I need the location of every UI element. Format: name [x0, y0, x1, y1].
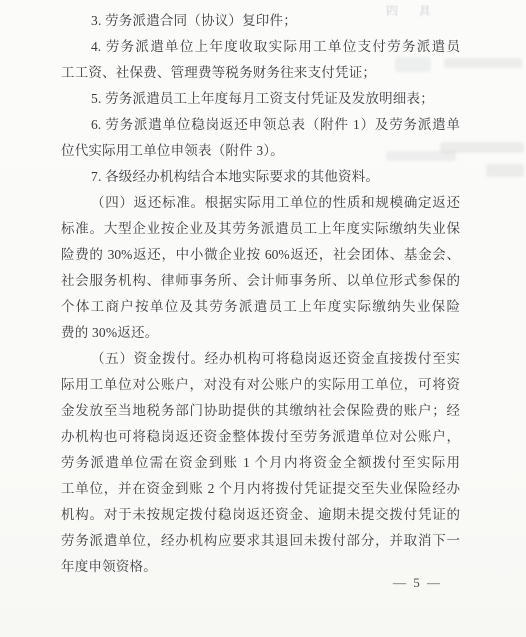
text-line: 位代实际用工单位申领表（附件 3）。: [61, 138, 460, 164]
page-number: — 5 —: [61, 572, 460, 594]
text-line: （五）资金拨付。经办机构可将稳岗返还资金直接拨付至实: [61, 346, 460, 372]
text-line: 5. 劳务派遣员工上年度每月工资支付凭证及发放明细表；: [61, 86, 460, 112]
text-line: 4. 劳务派遣单位上年度收取实际用工单位支付劳务派遣员: [61, 34, 460, 60]
text-line: 办机构也可将稳岗返还资金整体拨付至劳务派遣单位对公账户，: [61, 424, 460, 450]
text-line: 际用工单位对公账户，对没有对公账户的实际用工单位，可将资: [61, 372, 460, 398]
text-line: 机构。对于未按规定拨付稳岗返还资金、逾期未提交拨付凭证的: [61, 502, 460, 528]
text-line: 3. 劳务派遣合同（协议）复印件；: [61, 8, 460, 34]
document-body: 3. 劳务派遣合同（协议）复印件； 4. 劳务派遣单位上年度收取实际用工单位支付…: [61, 8, 460, 580]
document-page: 具 四 3. 劳务派遣合同（协议）复印件； 4. 劳务派遣单位上年度收取实际用工…: [0, 0, 526, 637]
text-line: 标准。大型企业按企业及其劳务派遣员工上年度实际缴纳失业保: [61, 216, 460, 242]
bleedthrough-artifact: [486, 164, 524, 177]
text-line: 6. 劳务派遣单位稳岗返还申领总表（附件 1）及劳务派遣单: [61, 112, 460, 138]
text-line: 工单位，并在资金到账 2 个月内将拨付凭证提交至失业保险经办: [61, 476, 460, 502]
text-line: 工工资、社保费、管理费等税务财务往来支付凭证；: [61, 60, 460, 86]
text-line: 劳务派遣单位需在资金到账 1 个月内将资金全额拨付至实际用: [61, 450, 460, 476]
text-line: 7. 各级经办机构结合本地实际要求的其他资料。: [61, 164, 460, 190]
text-line: 金发放至当地税务部门协助提供的其缴纳社会保险费的账户；经: [61, 398, 460, 424]
text-line: 费的 30%返还。: [61, 320, 460, 346]
text-line: 社会服务机构、律师事务所、会计师事务所、以单位形式参保的: [61, 268, 460, 294]
text-line: 个体工商户按单位及其劳务派遣员工上年度实际缴纳失业保险: [61, 294, 460, 320]
text-line: （四）返还标准。根据实际用工单位的性质和规模确定返还: [61, 190, 460, 216]
text-line: 险费的 30%返还，中小微企业按 60%返还，社会团体、基金会、: [61, 242, 460, 268]
text-line: 劳务派遣单位，经办机构应要求其退回未拨付部分，并取消下一: [61, 528, 460, 554]
